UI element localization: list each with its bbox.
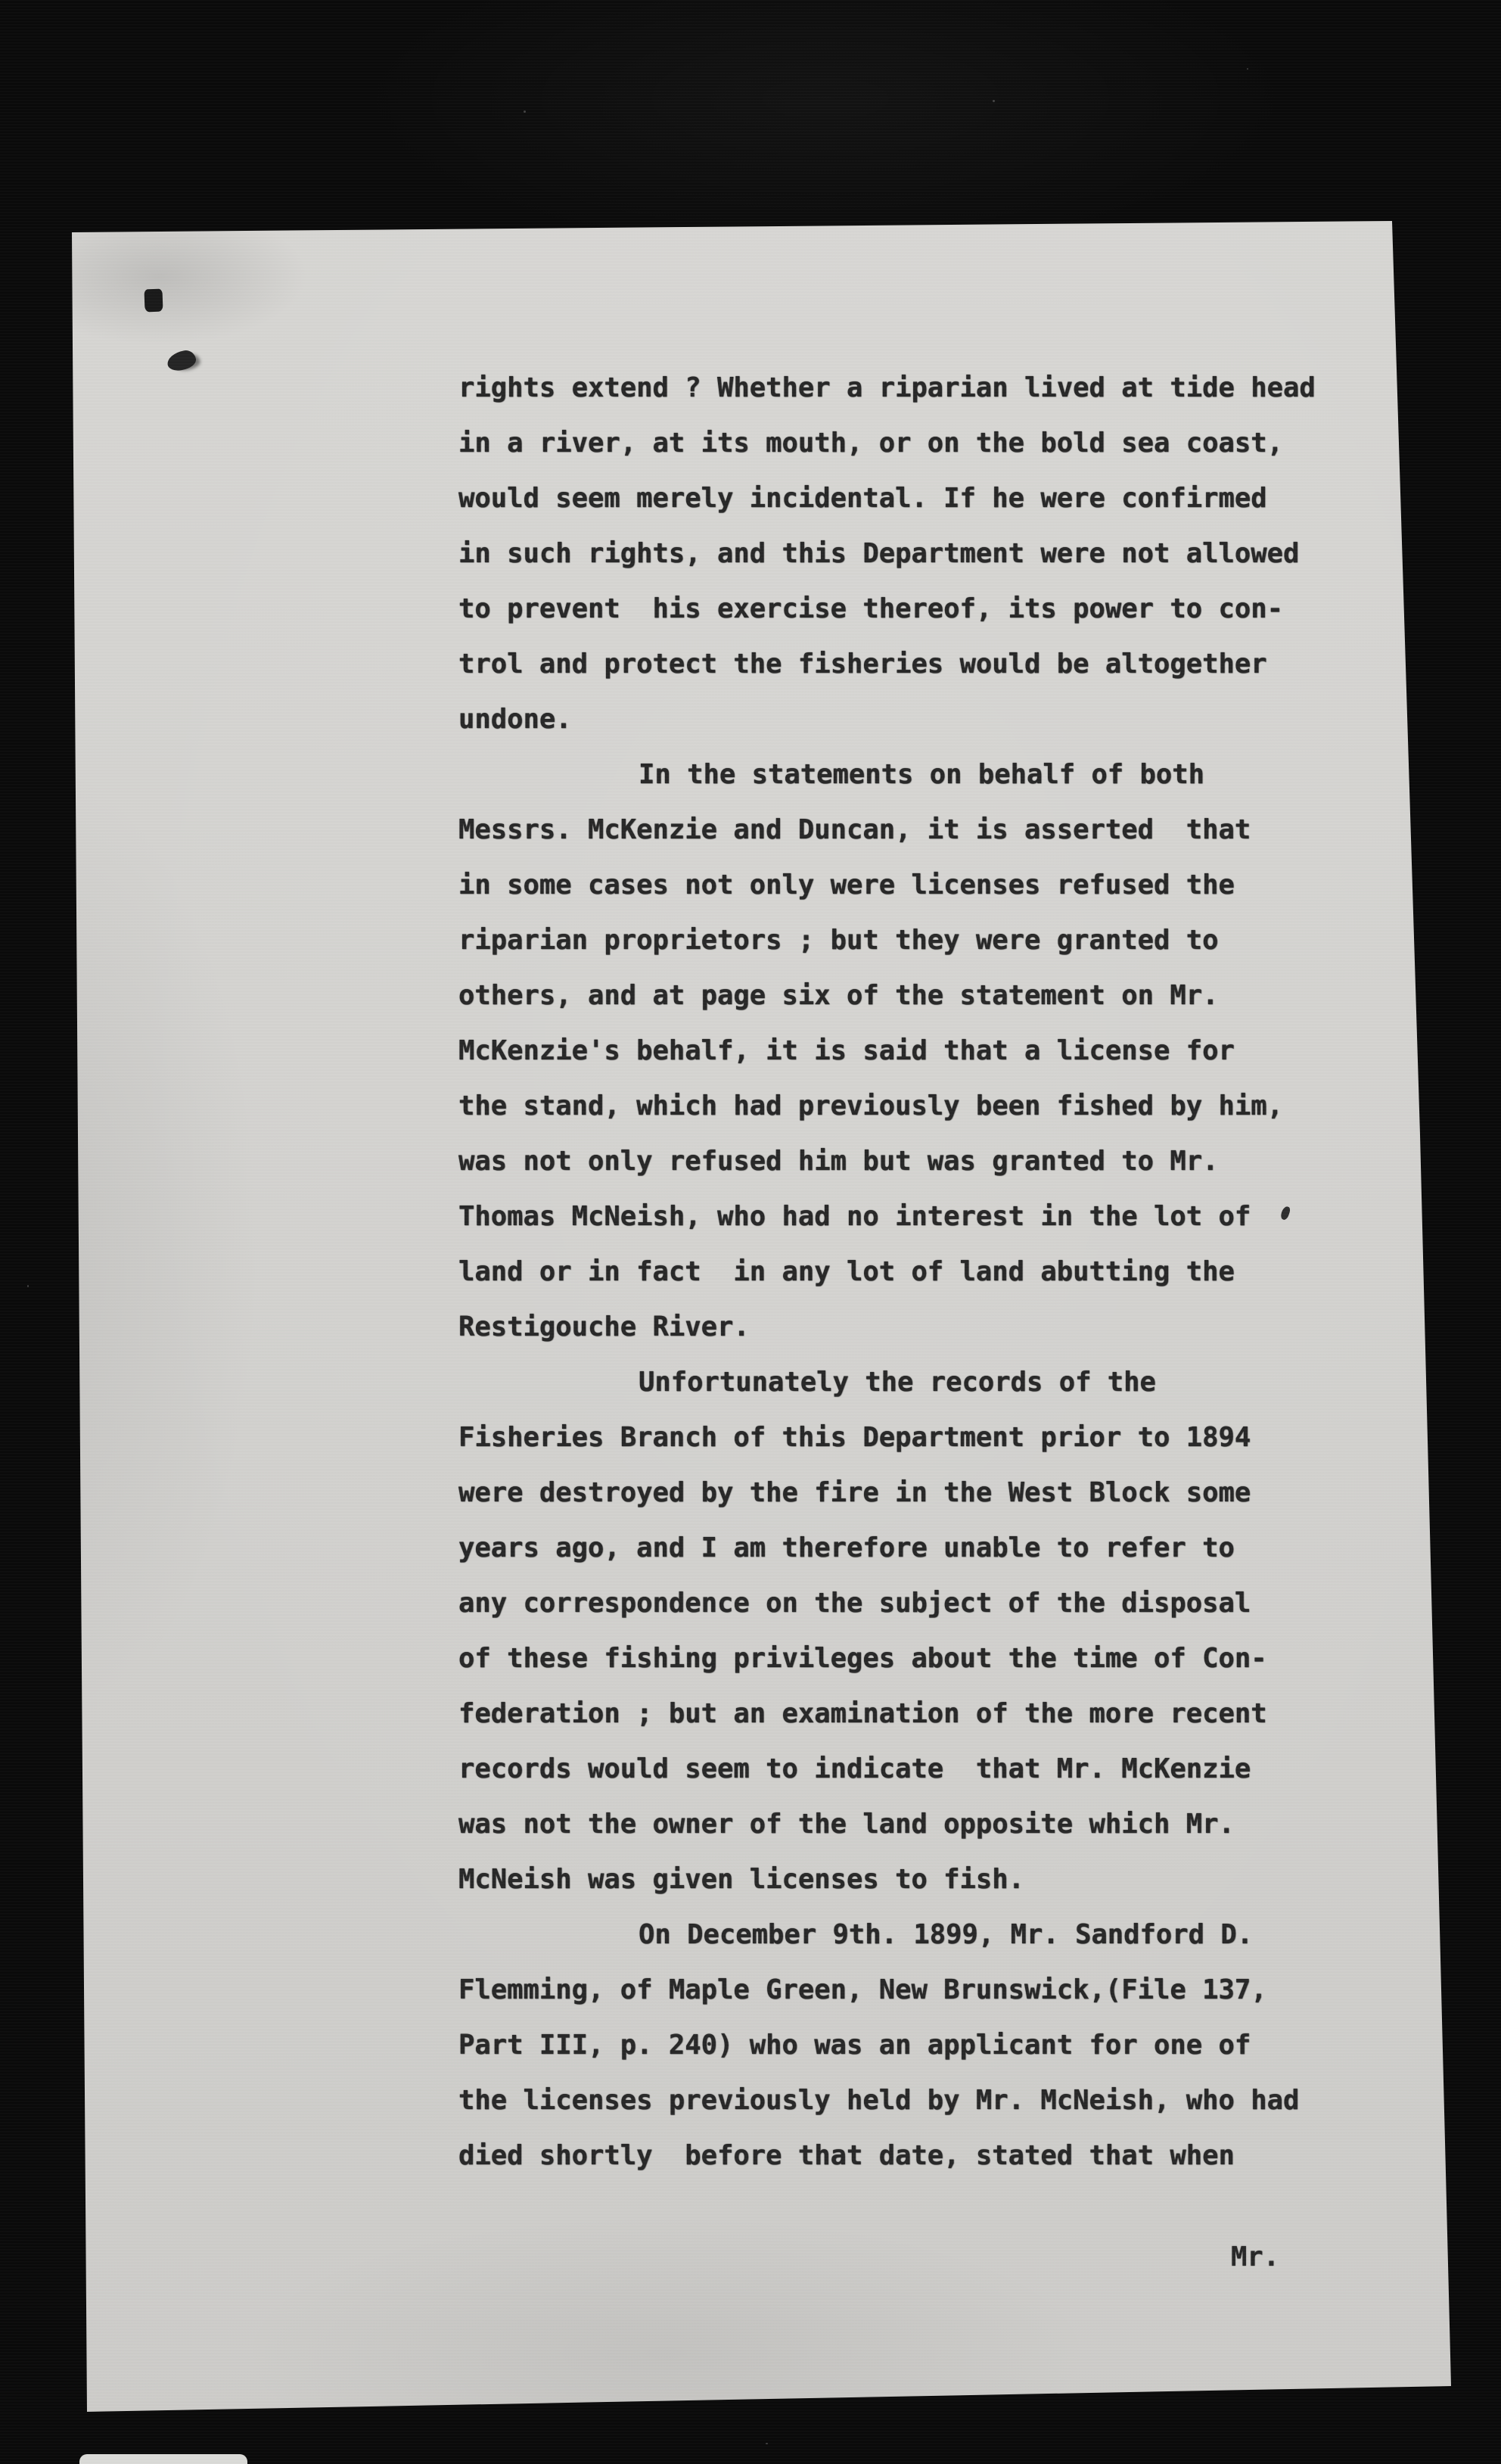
text-line: was not the owner of the land opposite w… <box>458 1797 1316 1852</box>
document-page: rights extend ? Whether a riparian lived… <box>0 0 1501 2464</box>
text-line: On December 9th. 1899, Mr. Sandford D. <box>458 1907 1316 1962</box>
text-line: any correspondence on the subject of the… <box>458 1576 1316 1631</box>
text-line: federation ; but an examination of the m… <box>458 1686 1316 1741</box>
dust-speck-icon <box>766 2443 768 2444</box>
dust-speck-icon <box>993 100 995 102</box>
text-line: others, and at page six of the statement… <box>458 968 1316 1023</box>
photo-stage: rights extend ? Whether a riparian lived… <box>0 0 1501 2464</box>
text-line: In the statements on behalf of both <box>458 747 1316 802</box>
text-line: Restigouche River. <box>458 1299 1316 1355</box>
text-line: Unfortunately the records of the <box>458 1355 1316 1410</box>
text-line: the stand, which had previously been fis… <box>458 1078 1316 1134</box>
text-line: was not only refused him but was granted… <box>458 1134 1316 1189</box>
text-line: died shortly before that date, stated th… <box>458 2128 1316 2183</box>
text-line: Part III, p. 240) who was an applicant f… <box>458 2018 1316 2073</box>
text-line: Messrs. McKenzie and Duncan, it is asser… <box>458 802 1316 857</box>
text-line: in such rights, and this Department were… <box>458 526 1316 581</box>
ink-smudge-icon <box>166 349 197 372</box>
catchword: Mr. <box>1231 2229 1279 2285</box>
ink-blot-icon <box>144 289 163 313</box>
text-line: in a river, at its mouth, or on the bold… <box>458 415 1316 471</box>
next-page-edge <box>79 2454 247 2464</box>
text-line: records would seem to indicate that Mr. … <box>458 1741 1316 1797</box>
dust-speck-icon <box>524 110 526 113</box>
dust-speck-icon <box>27 1285 29 1287</box>
text-line: to prevent his exercise thereof, its pow… <box>458 581 1316 636</box>
text-line: undone. <box>458 692 1316 747</box>
text-line: McNeish was given licenses to fish. <box>458 1852 1316 1907</box>
text-line: trol and protect the fisheries would be … <box>458 636 1316 692</box>
text-line: riparian proprietors ; but they were gra… <box>458 913 1316 968</box>
text-line: of these fishing privileges about the ti… <box>458 1631 1316 1686</box>
text-line: Flemming, of Maple Green, New Brunswick,… <box>458 1962 1316 2018</box>
text-line: in some cases not only were licenses ref… <box>458 857 1316 913</box>
text-line: the licenses previously held by Mr. McNe… <box>458 2073 1316 2128</box>
text-line: McKenzie's behalf, it is said that a lic… <box>458 1023 1316 1078</box>
typewritten-text-block: rights extend ? Whether a riparian lived… <box>458 360 1316 2183</box>
text-line: years ago, and I am therefore unable to … <box>458 1520 1316 1576</box>
text-line: Thomas McNeish, who had no interest in t… <box>458 1189 1316 1244</box>
text-line: rights extend ? Whether a riparian lived… <box>458 360 1316 415</box>
text-line: land or in fact in any lot of land abutt… <box>458 1244 1316 1299</box>
text-line: Fisheries Branch of this Department prio… <box>458 1410 1316 1465</box>
dust-speck-icon <box>1247 68 1248 70</box>
text-line: were destroyed by the fire in the West B… <box>458 1465 1316 1520</box>
text-line: would seem merely incidental. If he were… <box>458 471 1316 526</box>
